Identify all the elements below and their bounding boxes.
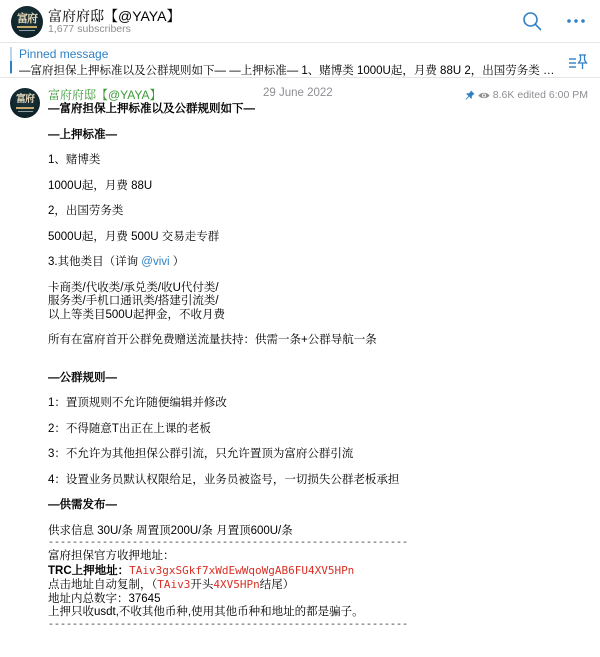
avatar-decoration [16, 107, 34, 109]
divider: ----------------------------------------… [48, 620, 408, 632]
message-feed: 富府 富府府邸【@YAYA】 29 June 2022 8.6K edited … [0, 79, 600, 657]
address-end[interactable]: 4XV5HPn [213, 578, 259, 591]
search-button[interactable] [521, 10, 543, 32]
text: 点击地址自动复制，（ [48, 579, 157, 591]
subscriber-count: 1,677 subscribers [48, 23, 131, 35]
rule-item: 4：设置业务员默认权限给足，业务员被盗号，一切损失公群老板承担 [48, 474, 596, 488]
copy-hint: 点击地址自动复制，（TAiv3开头4XV5HPn结尾） [48, 578, 596, 593]
pinned-indicator [10, 47, 12, 74]
pin-list-icon [568, 53, 588, 71]
views-eye-icon [478, 91, 490, 100]
category-line: 以上等类目500U起押金，不收月费 [48, 309, 596, 323]
deposit-item: 2，出国劳务类 [48, 205, 596, 219]
message-title: —富府担保上押标准以及公群规则如下— [48, 103, 596, 117]
category-line: 服务类/手机口通讯类/搭建引流类/ [48, 295, 596, 309]
rule-item: 2：不得随意T出正在上课的老板 [48, 423, 596, 437]
deposit-price: 5000U起，月费 500U 交易走专群 [48, 231, 596, 245]
digit-sum: 地址内总数字：37645 [48, 593, 596, 607]
avatar-decoration [18, 111, 33, 112]
address-title: 富府担保官方收押地址： [48, 550, 596, 564]
avatar-decoration [19, 30, 35, 31]
message-date: 29 June 2022 [263, 87, 333, 99]
message-author-avatar[interactable]: 富府 [10, 88, 40, 118]
view-count: 8.6K [493, 89, 515, 101]
address-start[interactable]: TAiv3 [157, 578, 190, 591]
deposit-item-other: 3.其他类目（详询 @vivi ） [48, 256, 596, 270]
section-heading-rules: —公群规则— [48, 372, 596, 386]
text: 开头 [190, 579, 213, 591]
message-body: —富府担保上押标准以及公群规则如下— —上押标准— 1、赌博类 1000U起，月… [48, 103, 596, 632]
channel-avatar[interactable]: 富府 [11, 6, 43, 38]
channel-message[interactable]: 富府府邸【@YAYA】 29 June 2022 8.6K edited 6:0… [48, 87, 596, 632]
pinned-preview-text: —富府担保上押标准以及公群规则如下— —上押标准— 1、赌博类 1000U起，月… [19, 62, 559, 78]
trc-label: TRC上押地址： [48, 565, 129, 577]
message-meta: 8.6K edited 6:00 PM [465, 89, 588, 101]
deposit-item: 1、赌博类 [48, 154, 596, 168]
search-icon [522, 11, 542, 31]
text: ） [170, 256, 185, 268]
avatar-decoration [17, 26, 36, 28]
pinned-label: Pinned message [19, 47, 108, 61]
avatar-logo-text: 富府 [17, 13, 37, 24]
pin-icon [465, 90, 475, 100]
pinned-list-button[interactable] [568, 53, 588, 71]
rule-item: 3：不允许为其他担保公群引流，只允许置顶为富府公群引流 [48, 448, 596, 462]
more-horizontal-icon [566, 18, 586, 24]
more-button[interactable] [565, 10, 587, 32]
mention-link[interactable]: @vivi [141, 256, 169, 268]
section-heading-supply: —供需发布— [48, 499, 596, 513]
rule-item: 1：置顶规则不允许随便编辑并修改 [48, 397, 596, 411]
section-heading-deposit: —上押标准— [48, 129, 596, 143]
text: 结尾） [260, 579, 295, 591]
category-line: 卡商类/代收类/承兑类/收U代付类/ [48, 282, 596, 296]
channel-header: 富府 富府府邸【@YAYA】 1,677 subscribers [0, 0, 600, 42]
promo-text: 所有在富府首开公群免费赠送流量扶持：供需一条+公群导航一条 [48, 334, 596, 348]
trc-address[interactable]: TAiv3gxSGkf7xWdEwWqoWgAB6FU4XV5HPn [129, 564, 354, 577]
avatar-logo-text: 富府 [16, 95, 34, 105]
supply-price: 供求信息 30U/条 周置顶200U/条 月置顶600U/条 [48, 525, 596, 539]
text: 3.其他类目（详询 [48, 256, 141, 268]
edited-timestamp: edited 6:00 PM [517, 89, 588, 101]
trc-address-line: TRC上押地址：TAiv3gxSGkf7xWdEwWqoWgAB6FU4XV5H… [48, 564, 596, 579]
scam-warning: 上押只收usdt,不收其他币种,使用其他币种和地址的都是骗子。 [48, 606, 596, 620]
divider: ----------------------------------------… [48, 538, 408, 550]
pinned-message-bar[interactable]: Pinned message —富府担保上押标准以及公群规则如下— —上押标准—… [0, 42, 600, 78]
deposit-price: 1000U起，月费 88U [48, 180, 596, 194]
